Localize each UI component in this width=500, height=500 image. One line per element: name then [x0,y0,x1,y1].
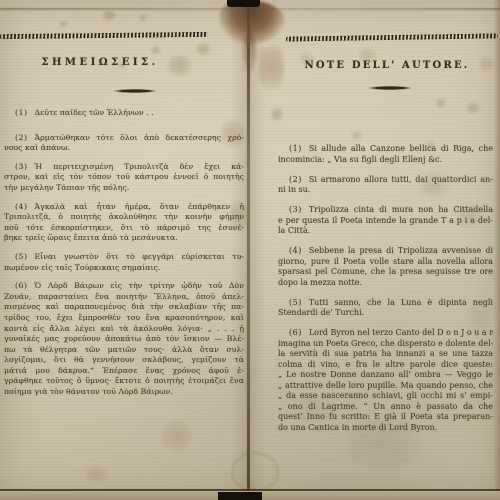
note-line: λογίζομαι, ὅτι θὰ γεννήσουν σκλάβους, γε… [4,355,244,366]
note-line: Τριπολιτζά, ὁ ποιητὴς ἀκολούθησε τὴν κοι… [4,212,244,223]
note-number: (3) [289,205,302,214]
note-line: κοντὰ εἰς ἄλλα λέγει καὶ τὰ ἀκόλουθα λόγ… [4,324,244,335]
note-line: πισμένος καὶ παραπονεμένος διὰ τὴν σκλαβ… [4,302,244,313]
right-page: NOTE DELL' AUTORE. (1)Si allude alla Can… [252,0,497,492]
note-line: γράφθηκε τοῦτος ὁ ὕμνος· ἔκτοτε ὁ ποιητὴ… [4,376,244,387]
note-line: (1)Δεῦτε παῖδες τῶν Ἑλλήνων . . [4,108,244,119]
right-divider-ornament [368,86,412,90]
stain [230,198,247,233]
page-spread: ΣΗΜΕΙΩΣΕΙΣ. (1)Δεῦτε παῖδες τῶν Ἑλλήνων … [0,0,500,492]
left-notes-column: (1)Δεῦτε παῖδες τῶν Ἑλλήνων . .(2)Ἀρματώ… [4,108,244,406]
note-line: la servitù di sua patria ha innanzi a se… [278,349,493,360]
note-line: imagina un Poeta Greco, che disperato e … [278,339,493,350]
note-line: (3)Ἡ περιτειχισμένη Τριπολιτζὰ δὲν ἔχει … [4,162,244,173]
stain [259,38,284,96]
note-line: νους καὶ ἀπάνω. [4,143,244,154]
ornament-rule-left [0,32,208,39]
note-number: (4) [289,246,302,255]
note-line: dopo la mezza notte. [278,278,493,289]
note-number: (1) [15,108,28,117]
note: (4)Ἀγκαλὰ καὶ ἦταν ἡμέρα, ὅταν ἐπάρθηκεν… [4,202,244,244]
stain [468,295,490,339]
note-number: (2) [15,133,28,142]
stain [118,62,126,68]
stain [286,392,338,422]
stain [454,205,484,227]
note: (5)Εἶναι γνωστὸν ὅτι τὸ φεγγάρι εὑρίσκετ… [4,252,244,273]
stain [138,15,148,21]
note-line: ni in su. [278,185,493,196]
stain [83,466,110,482]
note-line: (2)Ἀρματώθηκαν τότε ὅλοι ἀπὸ δεκατέσσερη… [4,133,244,144]
note-number: (3) [15,162,28,171]
note-number: (6) [15,281,28,290]
stain [166,55,193,76]
stain [336,420,431,468]
note-line: ποίημα γιὰ τὸν θάνατον τοῦ Λὸρδ Βάιρων. [4,387,244,398]
note-line: „ Le nostre Donne danzano all' ombra — V… [278,370,493,381]
note-line: γυναῖκές μας χορεύουν ἀποκάτω ἀπὸ τὸν ἴσ… [4,334,244,345]
note-number: (5) [289,298,302,307]
note: (6)Ὁ Λὸρδ Βάιρων εἰς τὴν τρίτην ᾠδὴν τοῦ… [4,281,244,398]
note-line: στρον, καὶ εἰς τὸν τόπον τοῦ κάστρου ἐνν… [4,172,244,183]
note-line: giorno, pure il Poeta volle stare alla n… [278,257,493,268]
binding-notch-top [227,0,260,7]
stain [466,102,480,114]
note-line: sparsasi pel Comune, che la presa seguis… [278,267,493,278]
right-page-title: NOTE DELL' AUTORE. [287,60,487,71]
stain [221,118,244,149]
stain [350,131,363,140]
left-page: ΣΗΜΕΙΩΣΕΙΣ. (1)Δεῦτε παῖδες τῶν Ἑλλήνων … [0,0,247,492]
stain [161,418,192,453]
stain [271,106,283,122]
note-number: (2) [289,175,302,184]
stain [58,21,69,27]
note-line: μάτιά μου δάκρυα.“ Ἐπέρασε ἕνας χρόνος ἀ… [4,366,244,377]
note-line: la Città. [278,226,493,237]
note-line: colma di vino, e fra le altre parole dic… [278,360,493,371]
note-number: (6) [289,328,302,337]
stain [435,98,447,108]
note-line: (1)Si allude alla Canzone bellica di Rig… [278,144,493,155]
under-page-strip [0,491,500,500]
note-line: τὴν μεγάλην Τάπιαν τῆς πόλης. [4,183,244,194]
book-scan: ΣΗΜΕΙΩΣΕΙΣ. (1)Δεῦτε παῖδες τῶν Ἑλλήνων … [0,0,500,500]
note-line: Stendardi de' Turchi. [278,308,493,319]
note-line: incomincia: „ Via su figli degli Ellenj … [278,155,493,166]
stain [101,11,118,20]
ornament-rule-right [286,33,498,41]
ink-stain-drip [243,33,256,73]
note-line: Ζουάν, παρασταίνει ἕνα ποιητὴν Ἕλληνα, ὁ… [4,292,244,303]
stain [478,58,495,71]
note: (2)Ἀρματώθηκαν τότε ὅλοι ἀπὸ δεκατέσσερη… [4,133,244,154]
note-line: (4)Ἀγκαλὰ καὶ ἦταν ἡμέρα, ὅταν ἐπάρθηκεν… [4,202,244,213]
stain [425,141,436,149]
note-line: (2)Si armarono allora tutti, dai quattor… [278,175,493,186]
note: (1)Si allude alla Canzone bellica di Rig… [278,144,493,165]
note: (2)Si armarono allora tutti, dai quattor… [278,175,493,196]
stain [298,53,315,64]
note-line: (6)Lord Byron nel terzo Canto del D o n … [278,328,493,339]
stain [195,43,212,55]
note: (5)Tutti sanno, che la Luna è dipinta ne… [278,298,493,319]
note: (4)Sebbene la presa di Tripolizza avveni… [278,246,493,288]
note-line: (5)Εἶναι γνωστὸν ὅτι τὸ φεγγάρι εὑρίσκετ… [4,252,244,263]
note-line: (5)Tutti sanno, che la Luna è dipinta ne… [278,298,493,309]
stain [416,172,452,198]
note: (3)Ἡ περιτειχισμένη Τριπολιτζὰ δὲν ἔχει … [4,162,244,194]
note-number: (5) [15,252,28,261]
note-line: τρίδος του, ἔχει ἔμπροσθέν του ἕνα κρασο… [4,313,244,324]
note-line: (6)Ὁ Λὸρδ Βάιρων εἰς τὴν τρίτην ᾠδὴν τοῦ… [4,281,244,292]
note-line: πωμένον εἰς ταῖς Τούρκικαις σημαίαις. [4,263,244,274]
stain [357,48,378,63]
note-line: (4)Sebbene la presa di Tripolizza avveni… [278,246,493,257]
note-line: ποῦ τότε ἐσκορπίστηκεν, ὅτι τὸ πάρσιμό τ… [4,223,244,234]
note: (1)Δεῦτε παῖδες τῶν Ἑλλήνων . . [4,108,244,119]
moisture-ring-stain [231,452,279,492]
binding-notch-bottom [218,492,262,500]
note-number: (4) [15,202,28,211]
note-number: (1) [289,144,302,153]
note-line: „ attrattive delle loro pupille. Ma quan… [278,381,493,392]
note-line: βηκε τρεῖς ὥραις ἔπειτα ἀπὸ τὰ μεσάνυκτα… [4,233,244,244]
gutter-line [247,0,250,492]
note-line: πω τὰ θέλγητρα τῶν ματιῶν τους· ἀλλὰ ὅτα… [4,345,244,356]
left-divider-ornament [113,89,157,93]
stain [150,46,161,54]
